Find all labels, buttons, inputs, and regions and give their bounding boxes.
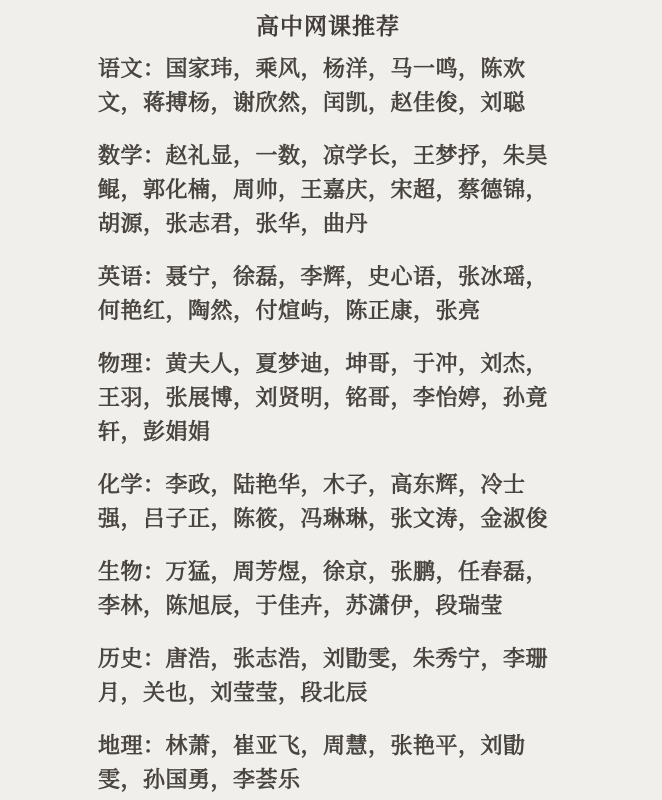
subject-label: 生物： (98, 560, 166, 585)
names-text: 聂宁，徐磊，李辉，史心语，张冰瑶，何艳红，陶然，付煊屿，陈正康，张亮 (98, 265, 548, 324)
subject-section: 生物：万猛，周芳煜，徐京，张鹏，任春磊，李林，陈旭辰，于佳卉，苏潇伊，段瑞莹 (98, 556, 558, 624)
subject-section: 化学：李政，陆艳华，木子，高东辉，冷士强，吕子正，陈筱，冯琳琳，张文涛，金淑俊 (98, 469, 558, 537)
subject-section: 物理：黄夫人，夏梦迪，坤哥，于冲，刘杰，王羽，张展博，刘贤明，铭哥，李怡婷，孙竟… (98, 348, 558, 450)
subject-label: 物理： (98, 352, 166, 377)
subject-label: 数学： (98, 144, 166, 169)
names-text: 黄夫人，夏梦迪，坤哥，于冲，刘杰，王羽，张展博，刘贤明，铭哥，李怡婷，孙竟轩，彭… (98, 352, 548, 445)
names-text: 李政，陆艳华，木子，高东辉，冷士强，吕子正，陈筱，冯琳琳，张文涛，金淑俊 (98, 473, 548, 532)
note-page: 高中网课推荐 语文：国家玮，乘风，杨洋，马一鸣，陈欢文，蒋搏杨，谢欣然，闰凯，赵… (0, 0, 662, 800)
subject-section: 数学：赵礼显，一数，凉学长，王梦抒，朱昊鲲，郭化楠，周帅，王嘉庆，宋超，蔡德锦，… (98, 140, 558, 242)
names-text: 赵礼显，一数，凉学长，王梦抒，朱昊鲲，郭化楠，周帅，王嘉庆，宋超，蔡德锦，胡源，… (98, 144, 548, 237)
subject-section: 历史：唐浩，张志浩，刘勖雯，朱秀宁，李珊月，关也，刘莹莹，段北辰 (98, 643, 558, 711)
subject-label: 历史： (98, 647, 166, 672)
subject-label: 语文： (98, 57, 166, 82)
page-title: 高中网课推荐 (98, 10, 558, 44)
subject-section: 语文：国家玮，乘风，杨洋，马一鸣，陈欢文，蒋搏杨，谢欣然，闰凯，赵佳俊，刘聪 (98, 53, 558, 121)
names-text: 唐浩，张志浩，刘勖雯，朱秀宁，李珊月，关也，刘莹莹，段北辰 (98, 647, 548, 706)
subject-section: 英语：聂宁，徐磊，李辉，史心语，张冰瑶，何艳红，陶然，付煊屿，陈正康，张亮 (98, 261, 558, 329)
subject-label: 英语： (98, 265, 166, 290)
subject-section: 地理：林萧，崔亚飞，周慧，张艳平，刘勖雯，孙国勇，李荟乐 (98, 730, 558, 798)
subject-label: 地理： (98, 734, 166, 759)
sections-list: 语文：国家玮，乘风，杨洋，马一鸣，陈欢文，蒋搏杨，谢欣然，闰凯，赵佳俊，刘聪 数… (98, 53, 558, 798)
subject-label: 化学： (98, 473, 166, 498)
names-text: 万猛，周芳煜，徐京，张鹏，任春磊，李林，陈旭辰，于佳卉，苏潇伊，段瑞莹 (98, 560, 548, 619)
